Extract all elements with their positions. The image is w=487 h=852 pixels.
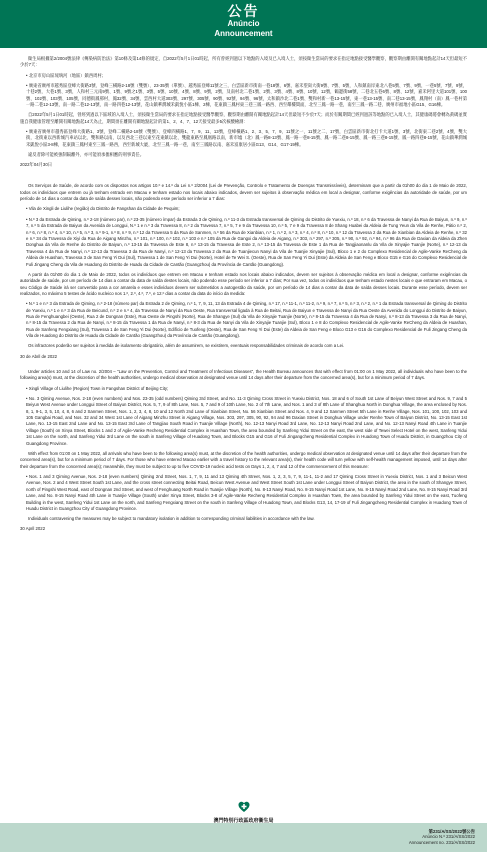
- en-date: 30 April 2022: [20, 526, 467, 532]
- pt-para-3: Os infractores poderão ser sujeitos à me…: [20, 343, 467, 349]
- title-zh: 公告: [0, 3, 487, 19]
- pt-intro: Os Serviços de Saúde, de acordo com os d…: [20, 183, 467, 202]
- en-bullet-3: • Nos. 1 and 3 Qiming Avenue, Nos. 2-18 …: [20, 474, 467, 512]
- en-bullet-1: • Xingli Village of Liulihe (Region) Tow…: [20, 386, 467, 392]
- health-bureau-logo-icon: [238, 800, 250, 812]
- announcement-reference: 第231/A/SS/2022號公告 Anúncio N.º 231/A/SS/2…: [409, 829, 475, 845]
- en-para-2: With effect from 01:00 on 1 May 2022, al…: [20, 451, 467, 470]
- zh-date: 2022年04月30日: [20, 162, 467, 168]
- announcement-body: 衞生局根據第2/2004號法律《傳染病防治法》第10條及第14條的規定，自202…: [0, 48, 487, 533]
- zh-intro: 衞生局根據第2/2004號法律《傳染病防治法》第10條及第14條的規定，自202…: [20, 56, 467, 69]
- en-para-3: Individuals contravening the measures ma…: [20, 516, 467, 522]
- reference-en: Announcement no. 231/A/SS/2022: [409, 840, 475, 845]
- pt-para-2: A partir da 01h00 do dia 1 de Maio de 20…: [20, 272, 467, 298]
- zh-para-2: 自2022年5月1日01時起，曾經到過以下區域的入境人士，須按衞生當局的要求在指…: [20, 112, 467, 125]
- pt-date: 30 de Abril de 2022: [20, 354, 467, 360]
- pt-bullet-3: • N.º 1 e n.º 3 da Estrada de Qiming, n.…: [20, 301, 467, 339]
- footer-band: 第231/A/SS/2022號公告 Anúncio N.º 231/A/SS/2…: [0, 823, 487, 852]
- zh-bullet-1: • 北京市房山區琉璃河（地區）鎮西周村；: [20, 73, 467, 79]
- zh-bullet-2: • 廣東省廣州市越秀區登峰大街路3號、登峰三橫路2-18號（雙號）、23-35號…: [20, 83, 467, 109]
- announcement-header: 公告 Anúncio Announcement: [0, 0, 487, 48]
- zh-bullet-3: • 廣東省廣州市越秀區登峰大街路1、3號，登峰二橫路2-18號（雙號）、登峰四橫…: [20, 129, 467, 148]
- en-intro: Under articles 10 and 14 of Law no. 2/20…: [20, 369, 467, 382]
- pt-bullet-2: • N.º 3 da Estrada de Qiming, n.º 2-18 (…: [20, 217, 467, 268]
- pt-bullet-1: • Vila de Xingli de Liulihe (região) do …: [20, 206, 467, 212]
- zh-para-3: 違反者除可能被強制隔離外，亦可能須承擔相應的刑事責任。: [20, 152, 467, 158]
- title-pt: Anúncio: [0, 19, 487, 29]
- en-bullet-2: • No. 3 Qiming Avenue, Nos. 2-18 (even n…: [20, 396, 467, 447]
- title-en: Announcement: [0, 29, 487, 39]
